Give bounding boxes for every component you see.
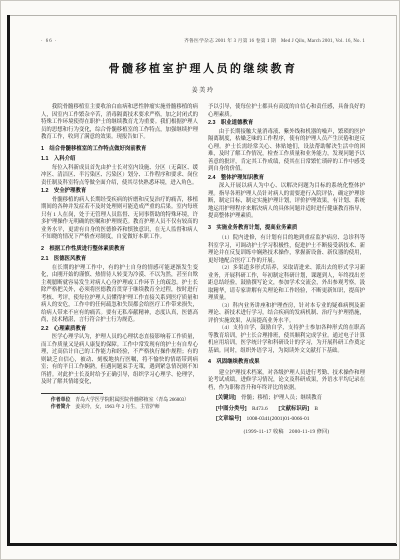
paragraph: （3）科内业务讲座和护理查房，针对本专业的疑难病例及新理论、新技术进行学习，结合… <box>208 303 365 326</box>
meta-label: 作者单位 <box>51 398 71 403</box>
paragraph: 医学心理学认为，护理人员的心理状态直接影响着工作质量，而工作质量又是病人康复的保… <box>41 334 198 387</box>
scan-edge-bottom <box>7 543 397 546</box>
subsection-heading: 1.2 安全护理教育 <box>41 188 198 196</box>
subsection-heading: 2.2 心理素质教育 <box>41 326 198 334</box>
page-body: · 66 · 齐鲁医学杂志 2001 年 3 月第 16 卷第 1 期 Med … <box>11 17 395 541</box>
left-column: 我院骨髓移植室主要收治白血病和恶性肿瘤实施骨髓移植的病人，因室内工作繁杂辛苦，消… <box>41 104 198 436</box>
meta-value: 姜美玲，女，1963 年 2 月生，主管护师 <box>70 405 159 410</box>
scan-edge-right <box>396 15 397 544</box>
subsection-heading: 1.1 入科介绍 <box>41 156 198 164</box>
subsection-heading: 2.1 医德医风教育 <box>41 256 198 264</box>
paragraph: 骨髓移植的病人长期经受疾病的折磨和反复治疗的痛苦，移植期间的各种并发症若不及时处… <box>41 197 198 242</box>
paragraph: 深入开展以病人为中心、以解决问题为目标的系统化整体护理。指导各班护理人员针对病人… <box>208 183 365 221</box>
meta-value: R473.6 <box>247 406 279 412</box>
section-heading: 2 根据工作性质进行整体素质教育 <box>41 246 198 254</box>
running-header: · 66 · 齐鲁医学杂志 2001 年 3 月第 16 卷第 1 期 Med … <box>41 39 365 45</box>
meta-label: [文章编号] <box>216 416 241 422</box>
left-column-text: 我院骨髓移植室主要收治白血病和恶性肿瘤实施骨髓移植的病人，因室内工作繁杂辛苦，消… <box>41 104 198 387</box>
author-footnote: 作者单位 青岛大学医学院附属医院骨髓移植室（青岛 266003）作者简介 姜美玲… <box>41 393 198 411</box>
paragraph: 建立护理技术档案，对各级护理人员进行考勤、技术操作和理论考试成绩，进修学习情况，… <box>208 370 365 393</box>
footnote-line: 作者简介 姜美玲，女，1963 年 2 月生，主管护师 <box>41 404 198 411</box>
paragraph: 予以引导，使每位护士都具有高度的自信心和责任感，具备良好的心理素质。 <box>208 104 365 119</box>
paragraph: 我院骨髓移植室主要收治白血病和恶性肿瘤实施骨髓移植的病人，因室内工作繁杂辛苦，消… <box>41 104 198 142</box>
front-matter-line: [中图分类号] R473.6 [文献标识码] B <box>216 405 365 414</box>
paragraph: 由于长期接触大量消毒液、紫外线和机器的噪声，繁琐的医护隔离制度，枯燥乏味的工作程… <box>208 129 365 174</box>
section-heading: 3 实施业务教育计划，提高业务素质 <box>208 225 365 233</box>
paragraph: 每位入科新成员首先由护士长对室内设施、分区（无菌区、缓冲区、清洁区、半污染区、污… <box>41 165 198 188</box>
front-matter-line: [关键词] 骨髓；移植；护理人员；继续教育 <box>216 394 365 403</box>
meta-label: [关键词] <box>216 395 236 401</box>
right-column: 予以引导，使每位护士都具有高度的自信心和责任感，具备良好的心理素质。2.3 职业… <box>208 104 365 436</box>
two-column-body: 我院骨髓移植室主要收治白血病和恶性肿瘤实施骨髓移植的病人，因室内工作繁杂辛苦，消… <box>41 104 365 436</box>
footnote-line: 作者单位 青岛大学医学院附属医院骨髓移植室（青岛 266003） <box>41 397 198 404</box>
paragraph: （2）多渠道多形式培养，采取请进来、派出去的形式学习新业务，开展科研工作，年初制… <box>208 265 365 303</box>
meta-label: [文献标识码] <box>278 406 309 412</box>
scanned-journal-page: · 66 · 齐鲁医学杂志 2001 年 3 月第 16 卷第 1 期 Med … <box>0 0 400 560</box>
paragraph: （4）支持自学，鼓励自学，支持护士参加各种形式的在职高等教育培训，护士长合理排班… <box>208 325 365 355</box>
section-heading: 1 结合骨髓移植室的工作特点做好岗前教育 <box>41 146 198 154</box>
paragraph: 在长期的护理工作中，有的护士自身的情感可能逐渐发生变化，由刚开始的谨慎、热情待人… <box>41 265 198 325</box>
meta-label: [中图分类号] <box>216 406 247 412</box>
article-author: 姜美玲 <box>41 85 365 94</box>
meta-value: 骨髓；移植；护理人员；继续教育 <box>236 395 322 401</box>
meta-value: B <box>309 406 318 412</box>
right-column-text: 予以引导，使每位护士都具有高度的自信心和责任感，具备良好的心理素质。2.3 职业… <box>208 104 365 436</box>
paragraph: （1）院内进修，有计划有目的地到重症监护病房、急诊科等科室学习，可调动护士学习积… <box>208 235 365 265</box>
footnote-rule <box>41 393 103 394</box>
received-dates-line: (1999-11-17 收稿 2000-11-19 修回) <box>208 429 365 437</box>
scan-edge-top <box>7 15 397 16</box>
meta-value: 青岛大学医学院附属医院骨髓移植室（青岛 266003） <box>70 398 189 403</box>
subsection-heading: 2.4 整体护理知识教育 <box>208 175 365 183</box>
section-heading: 4 巩固继续教育成果 <box>208 359 365 367</box>
front-matter-line: [文章编号] 1008-0341(2001)01-0066-01 <box>216 415 365 424</box>
meta-label: 作者简介 <box>51 405 71 410</box>
meta-value: 1008-0341(2001)01-0066-01 <box>241 416 309 422</box>
scan-edge-left <box>7 15 10 546</box>
subsection-heading: 2.3 职业道德教育 <box>208 120 365 128</box>
journal-citation-line: 齐鲁医学杂志 2001 年 3 月第 16 卷第 1 期 Med J Qilu,… <box>99 39 365 45</box>
footnote-lines: 作者单位 青岛大学医学院附属医院骨髓移植室（青岛 266003）作者简介 姜美玲… <box>41 397 198 411</box>
article-title: 骨髓移植室护理人员的继续教育 <box>41 60 365 76</box>
page-number: · 66 · <box>41 39 99 45</box>
